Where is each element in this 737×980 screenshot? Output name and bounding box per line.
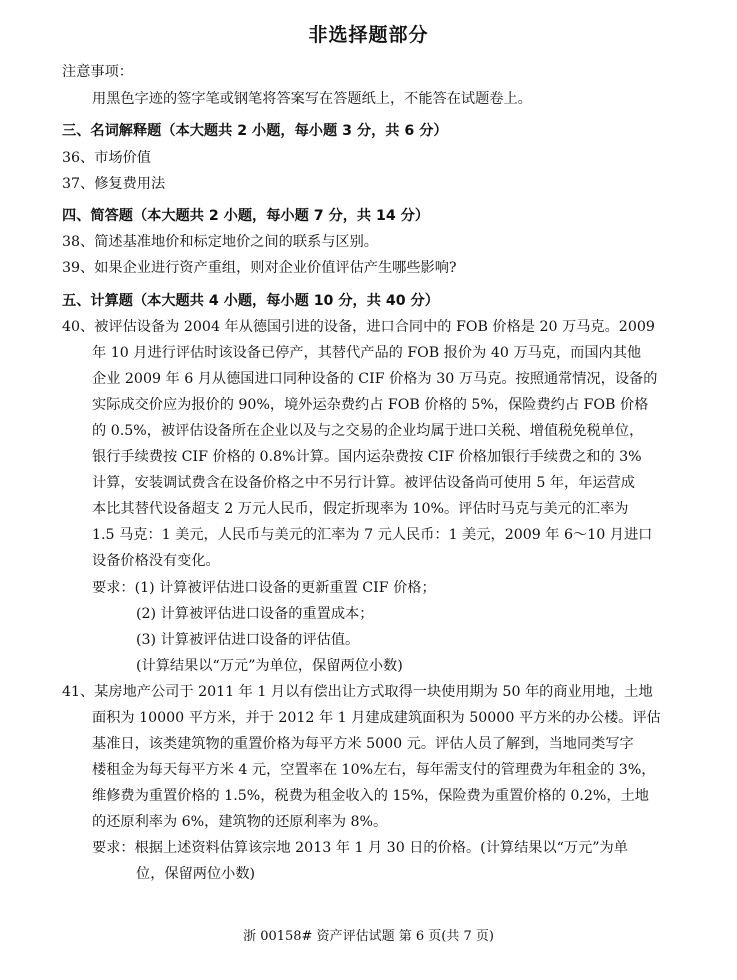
question-38: 38、简述基准地价和标定地价之间的联系与区别。 (62, 232, 378, 252)
question-40-line: 40、被评估设备为 2004 年从德国引进的设备，进口合同中的 FOB 价格是 … (62, 317, 655, 337)
question-41-line: 楼租金为每天每平方米 4 元，空置率在 10%左右，每年需支付的管理费为年租金的… (92, 760, 656, 780)
question-41-line: 基准日，该类建筑物的重置价格为每平方米 5000 元。评估人员了解到，当地同类写… (92, 734, 634, 754)
question-41-requirement: 要求：根据上述资料估算该宗地 2013 年 1 月 30 日的价格。(计算结果以… (92, 838, 628, 858)
question-37: 37、修复费用法 (62, 174, 165, 194)
section-3-heading: 三、名词解释题（本大题共 2 小题，每小题 3 分，共 6 分） (62, 121, 448, 141)
notice-text: 用黑色字迹的签字笔或钢笔将答案写在答题纸上，不能答在试题卷上。 (92, 89, 532, 109)
question-41-line: 维修费为重置价格的 1.5%，税费为租金收入的 15%，保险费为重置价格的 0.… (92, 786, 649, 806)
question-40-line: 年 10 月进行评估时该设备已停产，其替代产品的 FOB 报价为 40 万马克，… (92, 343, 641, 363)
question-39: 39、如果企业进行资产重组，则对企业价值评估产生哪些影响? (62, 258, 457, 278)
question-36: 36、市场价值 (62, 148, 151, 168)
question-40-line: 银行手续费按 CIF 价格的 0.8%计算。国内运杂费按 CIF 价格加银行手续… (92, 447, 642, 467)
page-footer: 浙 00158# 资产评估试题 第 6 页(共 7 页) (0, 925, 737, 944)
question-40-requirement: (2) 计算被评估进口设备的重置成本； (136, 604, 373, 624)
question-41-line: 的还原利率为 6%，建筑物的还原利率为 8%。 (92, 812, 387, 832)
question-41-requirement: 位，保留两位小数) (136, 864, 255, 884)
exam-page: 非选择题部分 注意事项： 用黑色字迹的签字笔或钢笔将答案写在答题纸上，不能答在试… (0, 0, 737, 980)
question-41-line: 面积为 10000 平方米，并于 2012 年 1 月建成建筑面积为 50000… (92, 708, 661, 728)
question-40-requirement: (3) 计算被评估进口设备的评估值。 (136, 630, 359, 650)
question-40-line: 1.5 马克：1 美元，人民币与美元的汇率为 7 元人民币：1 美元，2009 … (92, 525, 652, 545)
page-title: 非选择题部分 (0, 20, 737, 47)
question-40-requirement: 要求：(1) 计算被评估进口设备的更新重置 CIF 价格； (92, 578, 436, 598)
notice-heading: 注意事项： (62, 62, 133, 82)
question-40-line: 企业 2009 年 6 月从德国进口同种设备的 CIF 价格为 30 万马克。按… (92, 369, 657, 389)
question-40-note: (计算结果以“万元”为单位，保留两位小数) (136, 656, 403, 676)
question-41-line: 41、某房地产公司于 2011 年 1 月以有偿出让方式取得一块使用期为 50 … (62, 682, 653, 702)
question-40-line: 的 0.5%，被评估设备所在企业以及与之交易的企业均属于进口关税、增值税免税单位… (92, 421, 643, 441)
question-40-line: 设备价格没有变化。 (92, 551, 220, 571)
section-5-heading: 五、计算题（本大题共 4 小题，每小题 10 分，共 40 分） (62, 291, 439, 311)
question-40-line: 实际成交价应为报价的 90%，境外运杂费约占 FOB 价格的 5%，保险费约占 … (92, 395, 648, 415)
question-40-line: 计算，安装调试费含在设备价格之中不另行计算。被评估设备尚可使用 5 年，年运营成 (92, 473, 635, 493)
question-40-line: 本比其替代设备超支 2 万元人民币，假定折现率为 10%。评估时马克与美元的汇率… (92, 499, 628, 519)
section-4-heading: 四、简答题（本大题共 2 小题，每小题 7 分，共 14 分） (62, 206, 429, 226)
